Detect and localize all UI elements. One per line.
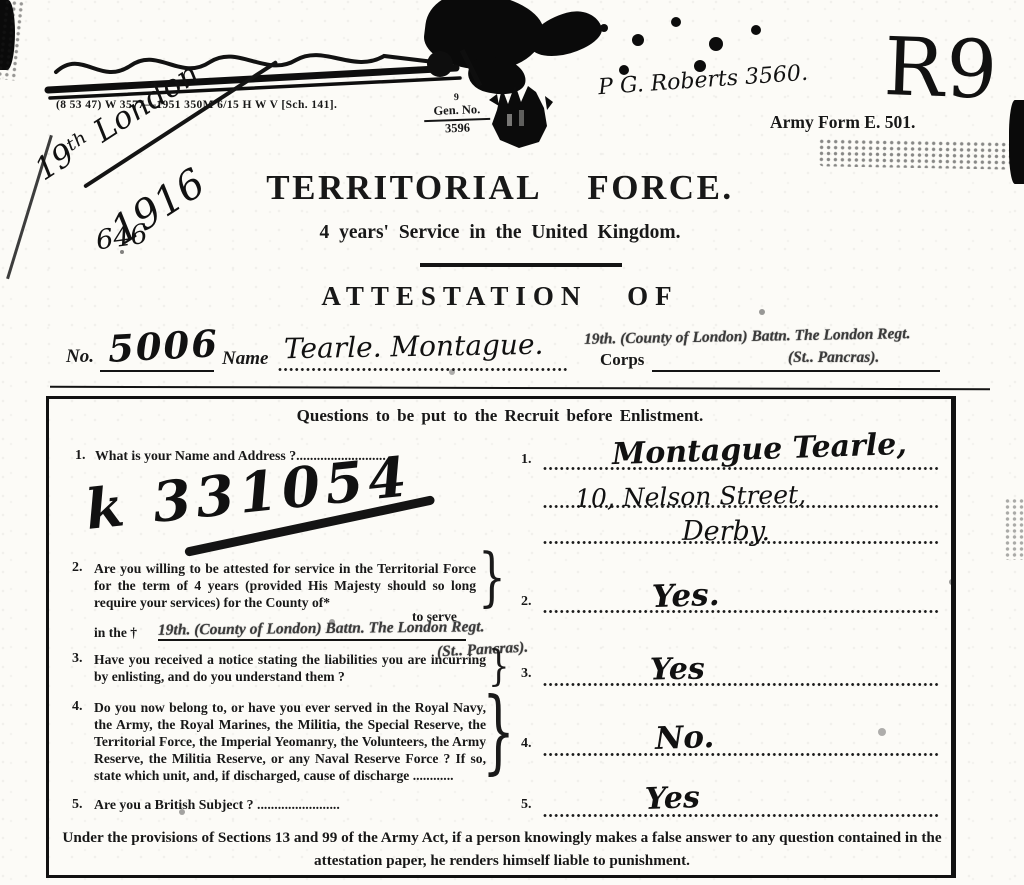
q4-text: Do you now belong to, or have you ever s… [94, 699, 486, 784]
gen-no-value: 3596 [424, 120, 490, 137]
q3-text: Have you received a notice stating the l… [94, 651, 486, 685]
no-label: No. [66, 346, 94, 368]
scan-noise-patch [0, 0, 26, 81]
q4-answer-value: No. [654, 719, 714, 757]
q2-answer-line [543, 609, 940, 614]
recruit-name-value: Tearle. Montague. [284, 328, 544, 366]
q2-prefix: in the † [94, 625, 137, 641]
q1-answer-line2-value: 10, Nelson Street, [575, 480, 806, 513]
ink-splatter [600, 24, 608, 32]
corner-reference-mark: R9 [882, 20, 1000, 117]
false-answer-warning: Under the provisions of Sections 13 and … [54, 826, 950, 872]
q2-answer-number: 2. [521, 594, 532, 610]
q4-answer-line [543, 752, 940, 757]
q2-number: 2. [72, 560, 83, 576]
q3-answer-line [543, 682, 940, 687]
q4-number: 4. [72, 699, 83, 715]
attestation-form-scan: (8 53 47) W 3577—1951 350M 6/15 H W V [S… [0, 0, 1024, 885]
attestation-heading: ATTESTATION OF [190, 281, 810, 312]
q2-blank-underline [158, 639, 466, 641]
clerk-note: P G. Roberts 3560. [597, 61, 808, 101]
q4-brace: } [482, 680, 515, 785]
form-title: TERRITORIAL FORCE. [190, 168, 810, 208]
title-divider [420, 263, 622, 267]
no-underline [100, 370, 214, 372]
q5-answer-number: 5. [521, 797, 532, 813]
corps-stamp-line1: 19th. (County of London) Battn. The Lond… [584, 325, 911, 349]
ink-blot [524, 5, 606, 64]
q3-answer-value: Yes [650, 652, 705, 688]
corps-label: Corps [600, 350, 644, 370]
scan-noise-patch [1004, 498, 1024, 560]
q5-text: Are you a British Subject ? ............… [94, 797, 494, 813]
form-print-code: (8 53 47) W 3577—1951 350M 6/15 H W V [S… [56, 99, 337, 111]
box-top-hairline [50, 386, 990, 390]
form-subtitle: 4 years' Service in the United Kingdom. [190, 222, 810, 244]
gen-no-label: Gen. No. [424, 102, 491, 122]
q4-answer-number: 4. [521, 736, 532, 752]
q5-number: 5. [72, 797, 83, 813]
q1-answer-line3-value: Derby. [682, 516, 770, 547]
corps-stamp-line2: (St.. Pancras). [788, 349, 879, 367]
q2-unit-stamp-line1: 19th. (County of London) Battn. The Lond… [158, 618, 485, 639]
corps-underline [652, 370, 940, 372]
name-label: Name [222, 348, 268, 370]
ink-blot [1009, 100, 1024, 184]
q2-answer-value: Yes. [651, 577, 720, 615]
name-underline [278, 367, 568, 372]
q2-brace: } [478, 541, 506, 615]
q3-answer-number: 3. [521, 666, 532, 682]
q3-number: 3. [72, 651, 83, 667]
gen-no-stamp: 9 Gen. No. 3596 [423, 91, 490, 137]
army-form-number: Army Form E. 501. [770, 112, 915, 133]
unit-note-line3: 646 [94, 219, 149, 257]
q2-text: Are you willing to be attested for servi… [94, 560, 476, 611]
smudge-strip [818, 138, 1010, 169]
questions-header: Questions to be put to the Recruit befor… [60, 406, 940, 426]
royal-crest-emblem [487, 80, 555, 152]
q5-answer-value: Yes [644, 780, 700, 817]
regimental-number-value: 5006 [107, 321, 220, 371]
q1-answer-number: 1. [521, 452, 532, 468]
q1-number: 1. [75, 448, 86, 464]
q5-answer-line [543, 813, 940, 818]
